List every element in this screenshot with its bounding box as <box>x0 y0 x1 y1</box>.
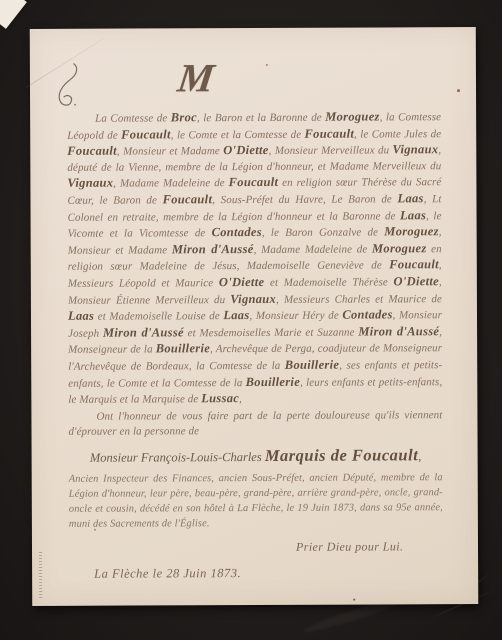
dark-speck <box>94 529 96 531</box>
obituary-paragraph: Ancien Inspecteur des Finances, ancien S… <box>69 470 443 532</box>
monogram-m: M <box>145 54 248 102</box>
printer-imprint <box>39 552 42 598</box>
red-speck <box>266 64 268 66</box>
pen-flourish-mark <box>53 61 83 113</box>
scanned-photo: { "meta": { "kind": "faire-part-de-deces… <box>0 0 502 640</box>
dark-speck <box>353 599 355 601</box>
announcement-paper: M La Comtesse de Broc, le Baron et la Ba… <box>30 27 479 606</box>
announcement-text-column: La Comtesse de Broc, le Baron et la Baro… <box>67 109 443 532</box>
deceased-name-line: Monsieur François-Louis-Charles Marquis … <box>69 445 443 468</box>
prayer-line: Prier Dieu pour Lui. <box>296 539 403 554</box>
dateline: La Flèche le 28 Juin 1873. <box>94 566 241 582</box>
announcement-paragraph: La Comtesse de Broc, le Baron et la Baro… <box>67 109 442 408</box>
honor-paragraph: Ont l'honneur de vous faire part de la p… <box>68 408 442 441</box>
red-speck <box>457 89 460 92</box>
